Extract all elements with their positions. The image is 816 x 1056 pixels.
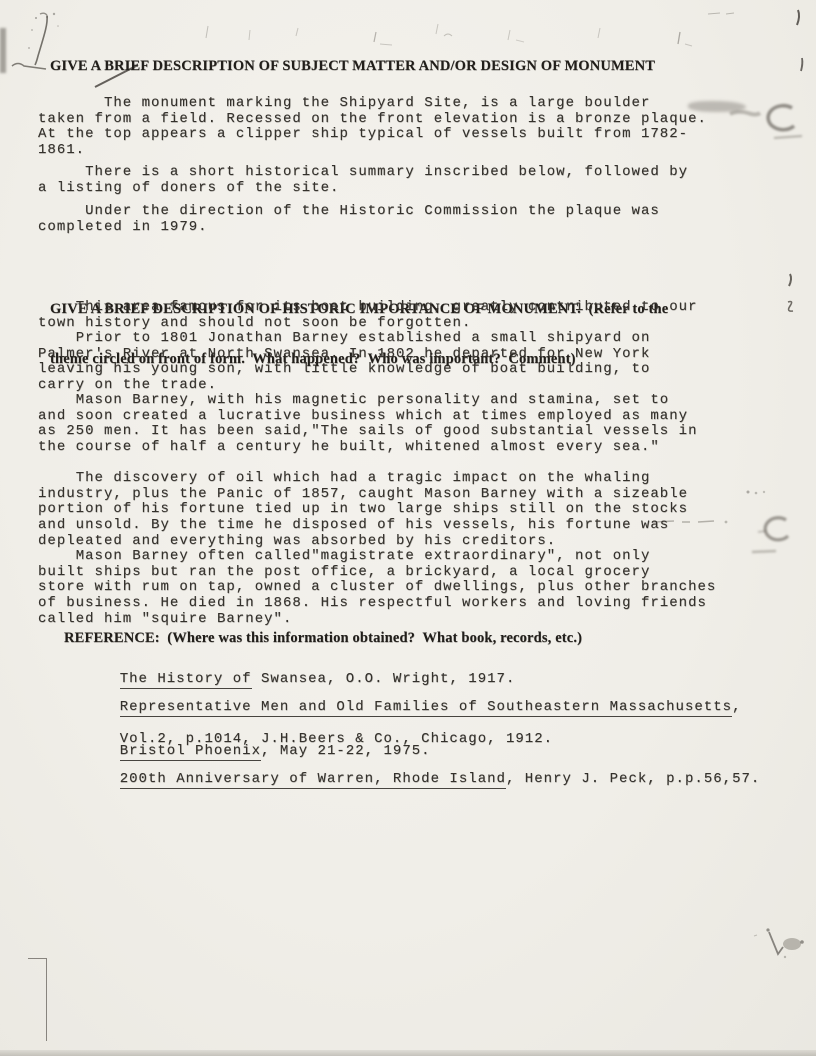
reference-heading: REFERENCE: (Where was this information o…	[64, 630, 804, 647]
paragraph-area-famous: This area famous for its boat building, …	[38, 300, 773, 331]
corner-bracket-mark	[28, 958, 47, 1041]
reference-item-200th-anniversary: 200th Anniversary of Warren, Rhode Islan…	[82, 755, 792, 803]
scanned-document-page: GIVE A BRIEF DESCRIPTION OF SUBJECT MATT…	[0, 0, 816, 1056]
reference-detail: ,	[732, 699, 741, 715]
section-heading-design: GIVE A BRIEF DESCRIPTION OF SUBJECT MATT…	[50, 58, 790, 75]
tilde-dash-mark	[10, 58, 50, 74]
paragraph-jonathan-barney: Prior to 1801 Jonathan Barney establishe…	[38, 331, 773, 394]
reference-title: 200th Anniversary of Warren, Rhode Islan…	[120, 771, 506, 789]
scan-noise-ticks	[180, 18, 740, 48]
left-edge-scan-smudge	[0, 28, 6, 73]
paragraph-historical-summary: There is a short historical summary insc…	[38, 165, 773, 196]
checkmark-smudge	[752, 922, 808, 966]
paragraph-monument-description: The monument marking the Shipyard Site, …	[38, 96, 773, 159]
paragraph-magistrate-extraordinary: Mason Barney often called"magistrate ext…	[38, 549, 773, 628]
paragraph-commission-plaque: Under the direction of the Historic Comm…	[38, 204, 773, 235]
reference-title: Representative Men and Old Families of S…	[120, 699, 732, 717]
paragraph-mason-barney-business: Mason Barney, with his magnetic personal…	[38, 393, 773, 456]
reference-detail: , Henry J. Peck, p.p.56,57.	[506, 771, 760, 787]
bottom-scan-edge	[0, 1050, 816, 1056]
paragraph-oil-discovery: The discovery of oil which had a tragic …	[38, 471, 773, 550]
